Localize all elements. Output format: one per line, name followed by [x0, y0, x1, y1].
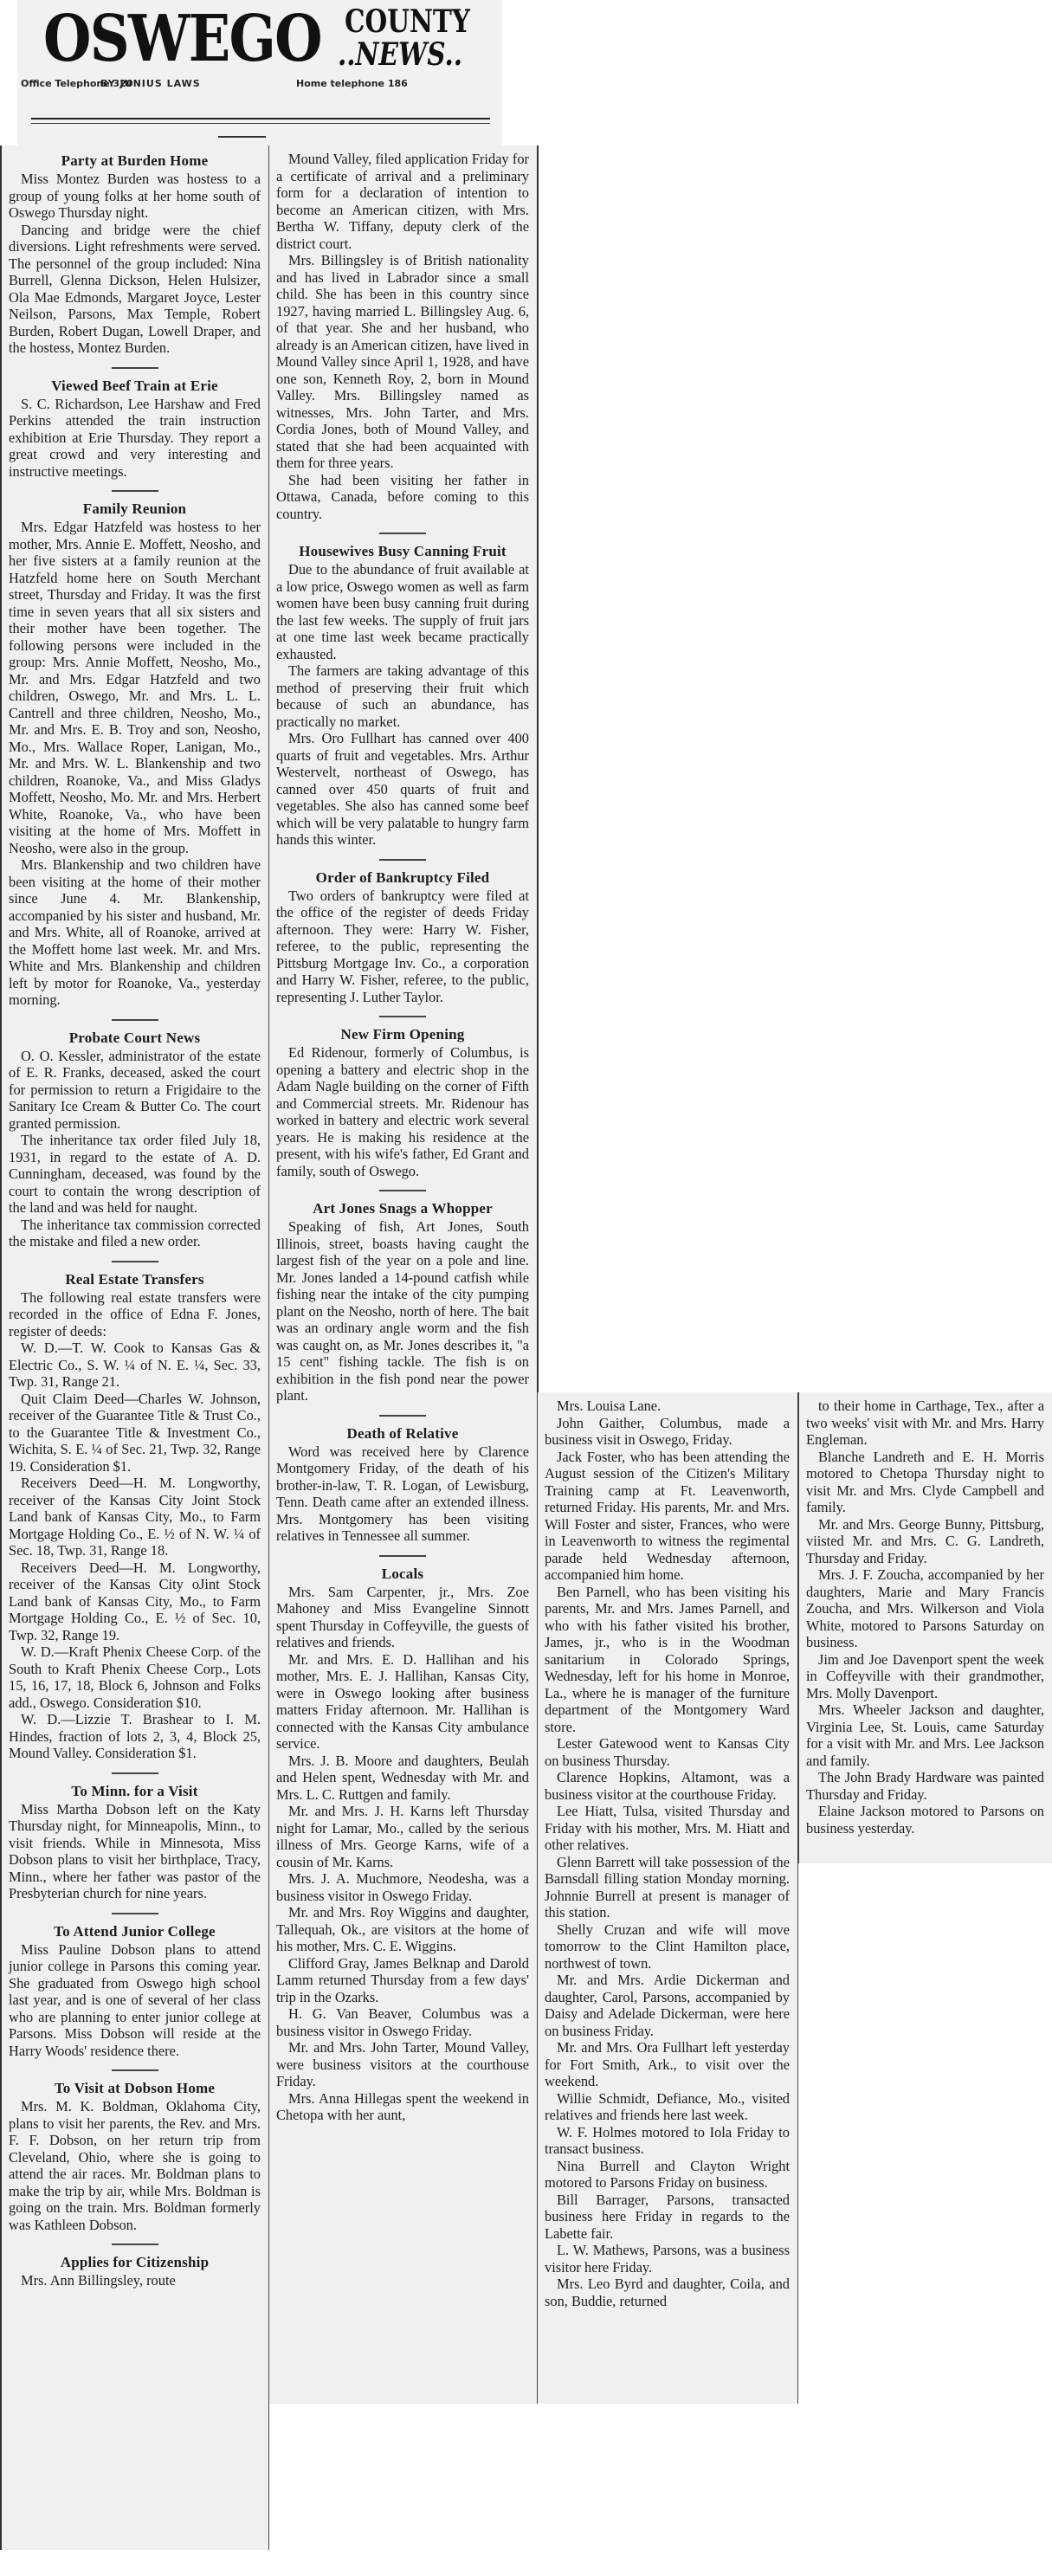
story-separator	[112, 1019, 158, 1021]
story-paragraph: Jim and Joe Davenport spent the week in …	[806, 1651, 1044, 1702]
home-telephone: Home telephone 186	[296, 78, 408, 89]
story-paragraph: Quit Claim Deed—Charles W. Johnson, rece…	[9, 1391, 261, 1475]
story-paragraph: The following real estate transfers were…	[9, 1289, 261, 1340]
story-headline: Viewed Beef Train at Erie	[9, 378, 261, 395]
story-headline: Probate Court News	[9, 1030, 261, 1047]
story-separator	[379, 1190, 426, 1191]
story-paragraph: L. W. Mathews, Parsons, was a business v…	[545, 2242, 790, 2276]
story-paragraph: Lee Hiatt, Tulsa, visited Thursday and F…	[545, 1803, 790, 1854]
story-headline: Applies for Citizenship	[9, 2254, 261, 2271]
story-headline: Party at Burden Home	[9, 152, 261, 170]
story-separator	[379, 533, 426, 534]
story-separator	[379, 1415, 426, 1417]
masthead-separator	[218, 136, 266, 138]
story-paragraph: Mr. and Mrs. Ora Fullhart left yesterday…	[545, 2039, 790, 2090]
story-headline: Real Estate Transfers	[9, 1271, 261, 1288]
story-paragraph: Receivers Deed—H. M. Longworthy, receive…	[9, 1475, 261, 1559]
story-headline: Death of Relative	[276, 1425, 529, 1443]
story-paragraph: O. O. Kessler, administrator of the esta…	[9, 1048, 261, 1133]
story-paragraph: Mrs. Louisa Lane.	[545, 1398, 790, 1415]
story-paragraph: Receivers Deed—H. M. Longworthy, receive…	[9, 1559, 261, 1644]
column-1: Party at Burden HomeMiss Montez Burden w…	[0, 145, 269, 2550]
story-separator	[379, 859, 426, 861]
byline: BY JUNIUS LAWS	[100, 78, 201, 89]
story-paragraph: S. C. Richardson, Lee Harshaw and Fred P…	[9, 396, 261, 481]
story-paragraph: W. F. Holmes motored to Iola Friday to t…	[545, 2124, 790, 2158]
story-paragraph: Mrs. M. K. Boldman, Oklahoma City, plans…	[9, 2098, 261, 2233]
story-headline: Order of Bankruptcy Filed	[276, 869, 529, 887]
story-paragraph: Mrs. Leo Byrd and daughter, Coila, and s…	[545, 2276, 790, 2309]
story-paragraph: Ed Ridenour, formerly of Columbus, is op…	[276, 1044, 529, 1179]
story-separator	[112, 2244, 158, 2245]
story-paragraph: The John Brady Hardware was painted Thur…	[806, 1769, 1044, 1803]
story-paragraph: Elaine Jackson motored to Parsons on bus…	[806, 1803, 1044, 1837]
story-paragraph: Jack Foster, who has been attending the …	[545, 1449, 790, 1584]
story-paragraph: Clarence Hopkins, Altamont, was a busine…	[545, 1769, 790, 1803]
story-paragraph: Mrs. J. F. Zoucha, accompanied by her da…	[806, 1566, 1044, 1651]
story-paragraph: Mrs. Anna Hillegas spent the weekend in …	[276, 2090, 529, 2124]
story-paragraph: Mr. and Mrs. E. D. Hallihan and his moth…	[276, 1651, 529, 1753]
story-paragraph: Mr. and Mrs. J. H. Karns left Thursday n…	[276, 1803, 529, 1870]
story-paragraph: She had been visiting her father in Otta…	[276, 472, 529, 523]
story-paragraph: W. D.—Lizzie T. Brashear to I. M. Hindes…	[9, 1711, 261, 1762]
story-headline: Locals	[276, 1566, 529, 1583]
masthead-rule	[31, 118, 490, 124]
story-paragraph: W. D.—Kraft Phenix Cheese Corp. of the S…	[9, 1643, 261, 1711]
story-headline: Art Jones Snags a Whopper	[276, 1200, 529, 1217]
story-paragraph: Mrs. J. B. Moore and daughters, Beulah a…	[276, 1753, 529, 1804]
story-paragraph: Due to the abundance of fruit available …	[276, 561, 529, 662]
story-paragraph: Word was received here by Clarence Montg…	[276, 1443, 529, 1545]
story-paragraph: Mrs. Wheeler Jackson and daughter, Virgi…	[806, 1701, 1044, 1769]
masthead-news: ..NEWS..	[338, 36, 462, 73]
story-paragraph: The farmers are taking advantage of this…	[276, 662, 529, 730]
story-separator	[379, 1016, 426, 1017]
story-paragraph: Mrs. Edgar Hatzfeld was hostess to her m…	[9, 519, 261, 856]
column-2: Mound Valley, filed application Friday f…	[269, 145, 539, 2404]
column-3: Mrs. Louisa Lane.John Gaither, Columbus,…	[537, 1392, 798, 2404]
story-paragraph: Mr. and Mrs. John Tarter, Mound Valley, …	[276, 2039, 529, 2090]
story-paragraph: Miss Martha Dobson left on the Katy Thur…	[9, 1801, 261, 1902]
story-paragraph: H. G. Van Beaver, Columbus was a busines…	[276, 2005, 529, 2039]
story-separator	[112, 367, 158, 369]
story-separator	[112, 1913, 158, 1914]
story-paragraph: Mr. and Mrs. George Bunny, Pittsburg, vi…	[806, 1516, 1044, 1567]
story-paragraph: Mrs. Blankenship and two children have b…	[9, 856, 261, 1009]
story-paragraph: Mrs. Ann Billingsley, route	[9, 2272, 261, 2289]
story-paragraph: to their home in Carthage, Tex., after a…	[806, 1398, 1044, 1449]
story-paragraph: Mr. and Mrs. Ardie Dickerman and daughte…	[545, 1972, 790, 2039]
story-paragraph: Lester Gatewood went to Kansas City on b…	[545, 1735, 790, 1769]
story-paragraph: Shelly Cruzan and wife will move tomorro…	[545, 1921, 790, 1972]
story-paragraph: Mr. and Mrs. Roy Wiggins and daughter, T…	[276, 1904, 529, 1955]
story-paragraph: Willie Schmidt, Defiance, Mo., visited r…	[545, 2090, 790, 2124]
story-headline: To Visit at Dobson Home	[9, 2080, 261, 2097]
story-paragraph: Mrs. J. A. Muchmore, Neodesha, was a bus…	[276, 1870, 529, 1904]
story-paragraph: Mound Valley, filed application Friday f…	[276, 151, 529, 252]
story-paragraph: Miss Montez Burden was hostess to a grou…	[9, 171, 261, 222]
story-paragraph: Two orders of bankruptcy were filed at t…	[276, 888, 529, 1006]
story-paragraph: The inheritance tax order filed July 18,…	[9, 1132, 261, 1217]
story-paragraph: John Gaither, Columbus, made a business …	[545, 1415, 790, 1449]
story-paragraph: W. D.—T. W. Cook to Kansas Gas & Electri…	[9, 1340, 261, 1391]
story-paragraph: Mrs. Billingsley is of British nationali…	[276, 252, 529, 472]
story-paragraph: Mrs. Oro Fullhart has canned over 400 qu…	[276, 730, 529, 849]
story-separator	[112, 2069, 158, 2071]
story-headline: Housewives Busy Canning Fruit	[276, 543, 529, 560]
masthead-title: OSWEGO	[43, 2, 321, 76]
story-paragraph: Mrs. Sam Carpenter, jr., Mrs. Zoe Mahone…	[276, 1584, 529, 1651]
story-headline: To Attend Junior College	[9, 1923, 261, 1940]
story-separator	[379, 1555, 426, 1557]
story-headline: To Minn. for a Visit	[9, 1783, 261, 1800]
story-paragraph: Glenn Barrett will take possession of th…	[545, 1854, 790, 1921]
story-separator	[112, 490, 158, 492]
story-paragraph: Ben Parnell, who has been visiting his p…	[545, 1584, 790, 1736]
story-paragraph: Miss Pauline Dobson plans to attend juni…	[9, 1941, 261, 2060]
masthead: OSWEGO COUNTY ..NEWS.. Office Telephone …	[17, 0, 502, 147]
story-paragraph: Clifford Gray, James Belknap and Darold …	[276, 1955, 529, 2006]
story-headline: Family Reunion	[9, 500, 261, 518]
story-separator	[112, 1772, 158, 1774]
story-paragraph: Speaking of fish, Art Jones, South Illin…	[276, 1218, 529, 1404]
story-paragraph: Dancing and bridge were the chief divers…	[9, 222, 261, 357]
story-paragraph: Nina Burrell and Clayton Wright motored …	[545, 2158, 790, 2192]
story-paragraph: Bill Barrager, Parsons, transacted busin…	[545, 2192, 790, 2243]
masthead-county: COUNTY	[345, 5, 470, 38]
story-separator	[112, 1261, 158, 1262]
story-paragraph: The inheritance tax commission corrected…	[9, 1217, 261, 1250]
story-headline: New Firm Opening	[276, 1026, 529, 1043]
story-paragraph: Blanche Landreth and E. H. Morris motore…	[806, 1449, 1044, 1516]
column-4: to their home in Carthage, Tex., after a…	[798, 1392, 1052, 1863]
